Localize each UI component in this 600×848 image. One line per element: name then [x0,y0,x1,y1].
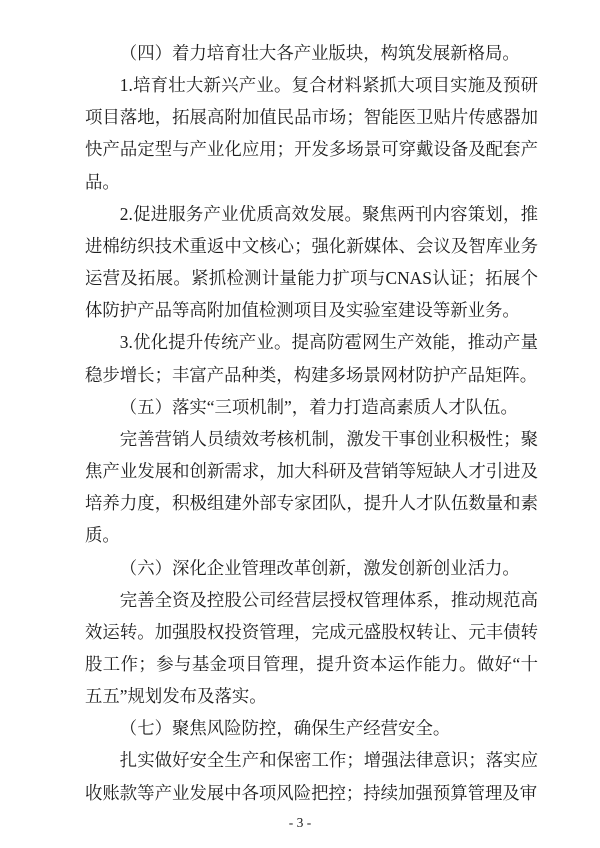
page-number: - 3 - [0,814,600,832]
paragraph-management: 完善全资及控股公司经营层授权管理体系，推动规范高效运转。加强股权投资管理，完成元… [85,584,538,713]
section-heading-6: （六）深化企业管理改革创新，激发创新创业活力。 [85,552,538,584]
document-body: （四）着力培育壮大各产业版块，构筑发展新格局。 1.培育壮大新兴产业。复合材料紧… [85,37,538,809]
paragraph-item-1: 1.培育壮大新兴产业。复合材料紧抓大项目实施及预研项目落地，拓展高附加值民品市场… [85,69,538,198]
section-heading-4: （四）着力培育壮大各产业版块，构筑发展新格局。 [85,37,538,69]
section-heading-7: （七）聚焦风险防控，确保生产经营安全。 [85,712,538,744]
document-page: （四）着力培育壮大各产业版块，构筑发展新格局。 1.培育壮大新兴产业。复合材料紧… [0,0,600,848]
paragraph-item-3: 3.优化提升传统产业。提高防雹网生产效能，推动产量稳步增长；丰富产品种类，构建多… [85,326,538,390]
paragraph-risk: 扎实做好安全生产和保密工作；增强法律意识；落实应收账款等产业发展中各项风险把控；… [85,744,538,808]
paragraph-talent: 完善营销人员绩效考核机制，激发干事创业积极性；聚焦产业发展和创新需求，加大科研及… [85,423,538,552]
section-heading-5: （五）落实“三项机制”，着力打造高素质人才队伍。 [85,391,538,423]
paragraph-item-2: 2.促进服务产业优质高效发展。聚焦两刊内容策划，推进棉纺织技术重返中文核心；强化… [85,198,538,327]
